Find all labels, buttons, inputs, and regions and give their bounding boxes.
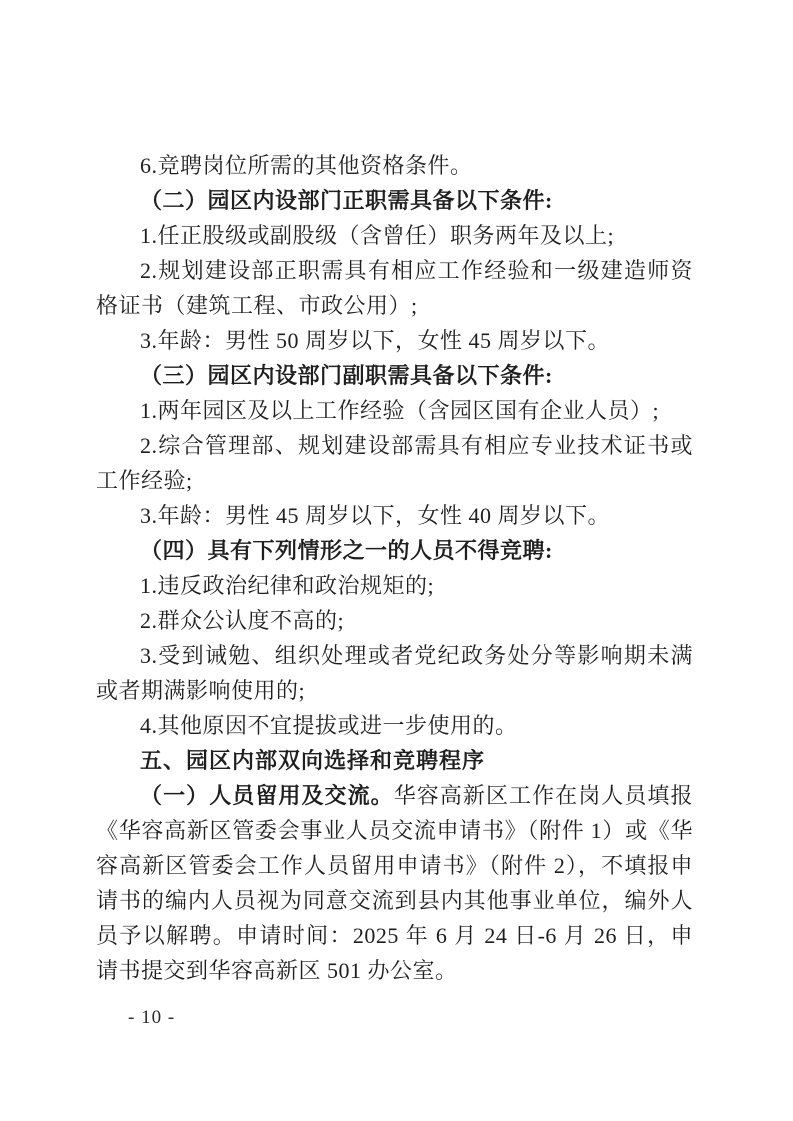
paragraph-item-3: 3.年龄：男性 45 周岁以下，女性 40 周岁以下。 — [96, 498, 693, 533]
paragraph-item-2: 2.综合管理部、规划建设部需具有相应专业技术证书或工作经验; — [96, 428, 693, 498]
paragraph-lead: （一）人员留用及交流。 — [140, 783, 394, 808]
subheading-section-3: （三）园区内设部门副职需具备以下条件: — [96, 358, 693, 393]
paragraph-item-2: 2.群众公认度不高的; — [96, 603, 693, 638]
section-heading-5: 五、园区内部双向选择和竞聘程序 — [96, 743, 693, 778]
subheading-section-2: （二）园区内设部门正职需具备以下条件: — [96, 183, 693, 218]
paragraph-item-3: 3.受到诫勉、组织处理或者党纪政务处分等影响期未满或者期满影响使用的; — [96, 638, 693, 708]
page-number: - 10 - — [128, 1006, 175, 1030]
paragraph-item-1: 1.违反政治纪律和政治规矩的; — [96, 568, 693, 603]
paragraph-retention-exchange: （一）人员留用及交流。华容高新区工作在岗人员填报《华容高新区管委会事业人员交流申… — [96, 778, 693, 988]
subheading-section-4: （四）具有下列情形之一的人员不得竞聘: — [96, 533, 693, 568]
paragraph-item-1: 1.任正股级或副股级（含曾任）职务两年及以上; — [96, 218, 693, 253]
paragraph-item-3: 3.年龄：男性 50 周岁以下，女性 45 周岁以下。 — [96, 323, 693, 358]
document-page: 6.竞聘岗位所需的其他资格条件。 （二）园区内设部门正职需具备以下条件: 1.任… — [0, 0, 793, 1121]
paragraph-text: 华容高新区工作在岗人员填报《华容高新区管委会事业人员交流申请书》（附件 1）或《… — [96, 783, 693, 983]
document-body: 6.竞聘岗位所需的其他资格条件。 （二）园区内设部门正职需具备以下条件: 1.任… — [96, 148, 693, 988]
paragraph-item-6: 6.竞聘岗位所需的其他资格条件。 — [96, 148, 693, 183]
paragraph-item-1: 1.两年园区及以上工作经验（含园区国有企业人员）; — [96, 393, 693, 428]
paragraph-item-2: 2.规划建设部正职需具有相应工作经验和一级建造师资格证书（建筑工程、市政公用）; — [96, 253, 693, 323]
paragraph-item-4: 4.其他原因不宜提拔或进一步使用的。 — [96, 708, 693, 743]
